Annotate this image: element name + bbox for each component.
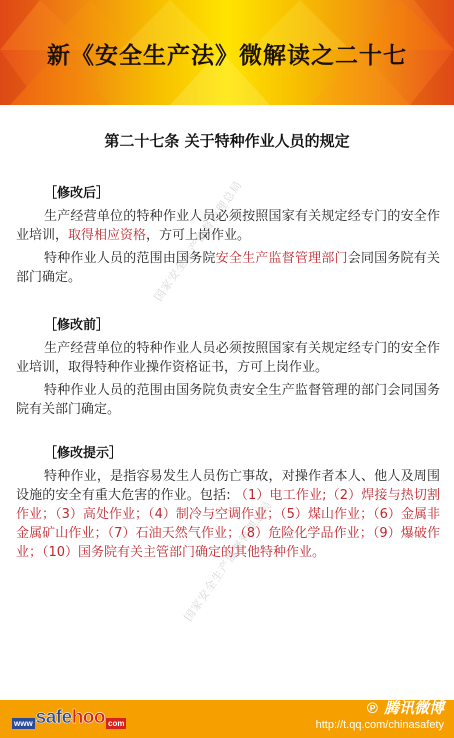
logo-com: com	[106, 718, 126, 729]
tencent-weibo-icon: ℗	[367, 700, 378, 717]
weibo-brand-text: 腾讯微博	[384, 700, 444, 717]
weibo-url[interactable]: http://t.qq.com/chinasafety	[316, 718, 444, 732]
article-title: 第二十七条 关于特种作业人员的规定	[0, 130, 454, 151]
logo-safe: safe	[36, 707, 72, 729]
highlight-text: 安全生产监督管理部门	[216, 251, 348, 266]
footer-bar: www safe hoo com ℗腾讯微博 http://t.qq.com/c…	[0, 700, 454, 738]
highlight-text: 取得相应资格	[68, 228, 146, 243]
weibo-link[interactable]: ℗腾讯微博 http://t.qq.com/chinasafety	[316, 700, 444, 732]
safehoo-logo[interactable]: www safe hoo com	[12, 709, 126, 729]
paragraph: 生产经营单位的特种作业人员必须按照国家有关规定经专门的安全作业培训，取得特种作业…	[16, 339, 440, 377]
section-after: ［修改后］ 生产经营单位的特种作业人员必须按照国家有关规定经专门的安全作业培训，…	[16, 182, 440, 291]
section-heading: ［修改提示］	[44, 442, 440, 461]
weibo-brand: ℗腾讯微博	[316, 700, 444, 718]
section-before: ［修改前］ 生产经营单位的特种作业人员必须按照国家有关规定经专门的安全作业培训，…	[16, 314, 440, 423]
logo-hoo: hoo	[72, 707, 105, 729]
paragraph: 特种作业，是指容易发生人员伤亡事故，对操作者本人、他人及周围设施的安全有重大危害…	[16, 467, 440, 562]
section-heading: ［修改后］	[44, 182, 440, 201]
text: 特种作业人员的范围由国务院	[44, 251, 216, 266]
text: ，方可上岗作业。	[146, 228, 250, 243]
paragraph: 特种作业人员的范围由国务院负责安全生产监督管理的部门会同国务院有关部门确定。	[16, 381, 440, 419]
logo-www: www	[12, 718, 35, 729]
header-banner: 新《安全生产法》微解读之二十七	[0, 0, 454, 105]
section-tips: ［修改提示］ 特种作业，是指容易发生人员伤亡事故，对操作者本人、他人及周围设施的…	[16, 442, 440, 566]
banner-title: 新《安全生产法》微解读之二十七	[0, 37, 454, 70]
paragraph: 生产经营单位的特种作业人员必须按照国家有关规定经专门的安全作业培训，取得相应资格…	[16, 207, 440, 245]
paragraph: 特种作业人员的范围由国务院安全生产监督管理部门会同国务院有关部门确定。	[16, 249, 440, 287]
section-heading: ［修改前］	[44, 314, 440, 333]
